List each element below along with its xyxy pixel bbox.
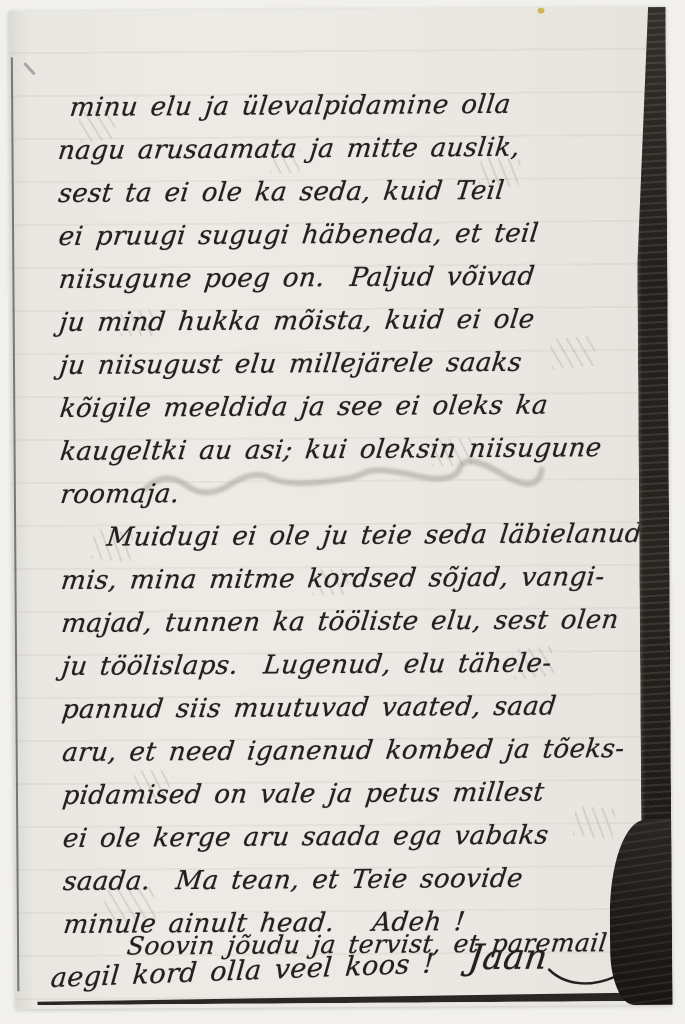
letter-line: ju mind hukka mõista, kuid ei ole bbox=[57, 298, 641, 345]
paper-stain bbox=[538, 8, 545, 14]
letter-paragraph: Muidugi ei ole ju teie seda läbielanudmi… bbox=[58, 513, 640, 947]
letter-line: ei ole kerge aru saada ega vabaks bbox=[60, 814, 644, 861]
letter-line: pidamised on vale ja petus millest bbox=[60, 771, 644, 818]
letter-line: sest ta ei ole ka seda, kuid Teil bbox=[56, 169, 640, 216]
letter-line: ju töölislaps. Lugenud, elu tähele- bbox=[59, 642, 643, 689]
letter-line: ei pruugi sugugi häbeneda, et teil bbox=[56, 212, 640, 259]
letter-line: kaugeltki au asi; kui oleksin niisugune bbox=[58, 427, 642, 474]
letter-line: pannud siis muutuvad vaated, saad bbox=[60, 685, 644, 732]
letter-line: niisugune poeg on. Paljud võivad bbox=[57, 255, 641, 302]
letter-line: minu elu ja ülevalpidamine olla bbox=[55, 83, 639, 130]
letter-line: saada. Ma tean, et Teie soovide bbox=[61, 857, 645, 904]
page-background: minu elu ja ülevalpidamine ollanagu arus… bbox=[0, 0, 685, 1024]
letter-line: roomaja. bbox=[58, 470, 642, 517]
letter-line: Muidugi ei ole ju teie seda läbielanud bbox=[58, 513, 642, 560]
photo-edge-left bbox=[11, 57, 20, 991]
letter-line: kõigile meeldida ja see ei oleks ka bbox=[57, 384, 641, 431]
letter-paragraph: minu elu ja ülevalpidamine ollanagu arus… bbox=[55, 83, 637, 517]
letter-line: majad, tunnen ka tööliste elu, sest olen bbox=[59, 599, 643, 646]
signature-name: Jaan bbox=[466, 938, 550, 979]
letter-photograph: minu elu ja ülevalpidamine ollanagu arus… bbox=[9, 7, 673, 1010]
letter-line: mis, mina mitme kordsed sõjad, vangi- bbox=[59, 556, 643, 603]
letter-line: ju niisugust elu millejärele saaks bbox=[57, 341, 641, 388]
letter-line: nagu arusaamata ja mitte auslik, bbox=[56, 126, 640, 173]
letter-line: aru, et need iganenud kombed ja tõeks- bbox=[60, 728, 644, 775]
letter-body: minu elu ja ülevalpidamine ollanagu arus… bbox=[55, 83, 640, 995]
photo-corner-fold bbox=[23, 62, 35, 75]
